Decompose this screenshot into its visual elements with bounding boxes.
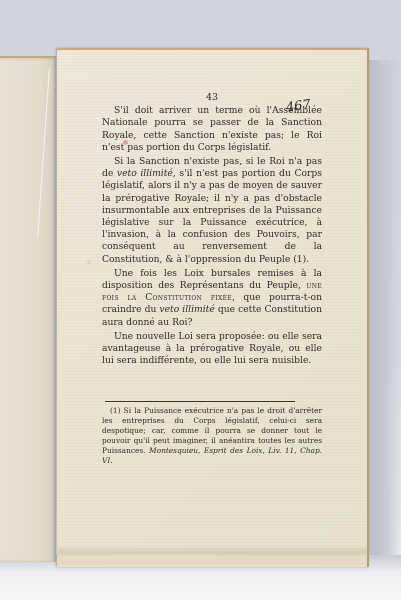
paragraph-2: Si la Sanction n'existe pas, si le Roi n… xyxy=(102,156,322,266)
footnote-marker: (1) xyxy=(110,406,120,415)
citation-author: Montesquieu xyxy=(149,446,198,455)
italic-term: veto illimité xyxy=(159,304,214,315)
main-text: 43 S'il doit arriver un terme où l'Assem… xyxy=(102,92,322,369)
paragraph-3: Une fois les Loix bursales remises à la … xyxy=(102,268,322,329)
right-page: 467 43 S'il doit arriver un terme où l'A… xyxy=(57,48,369,567)
footnote-divider xyxy=(105,401,295,402)
page-bottom-edge xyxy=(57,545,367,565)
citation-book: Liv. 11 xyxy=(268,446,294,455)
italic-term: veto illimité xyxy=(117,168,173,179)
page-number: 43 xyxy=(102,92,322,104)
footnote: (1) Si la Puissance exécutrice n'a pas l… xyxy=(102,406,322,466)
paper-crease xyxy=(37,68,50,238)
paper-spot xyxy=(87,260,91,264)
left-page xyxy=(0,56,56,562)
paragraph-4: Une nouvelle Loi sera proposée: ou elle … xyxy=(102,331,322,368)
paragraph-1: S'il doit arriver un terme où l'Assemblé… xyxy=(102,105,322,154)
citation-work: Esprit des Loix xyxy=(204,446,263,455)
page-shadow xyxy=(367,60,401,560)
